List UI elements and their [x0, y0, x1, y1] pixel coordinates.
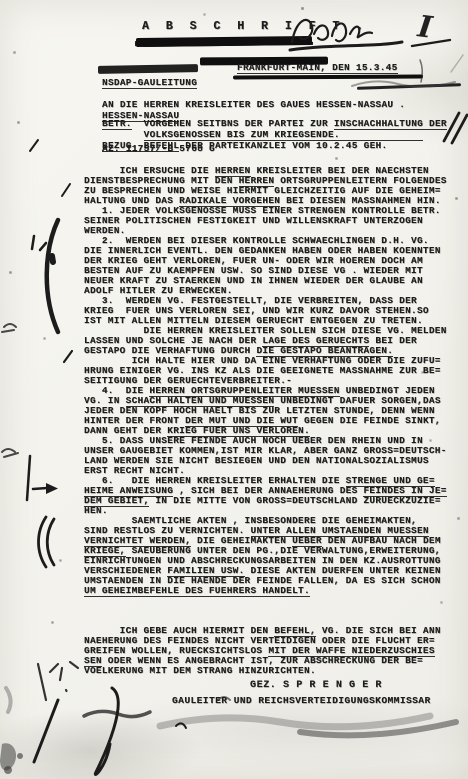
handwritten-underline-bar	[357, 83, 461, 90]
margin-tilde-2	[2, 449, 18, 457]
copy-label: A B S C H R I F T .	[142, 22, 368, 32]
slash-mark-paragraph	[62, 184, 70, 196]
corner-dot-1	[17, 753, 23, 759]
document-line: BEZUG BEFEHL DER PARTEIKANZLEI VOM 10.2.…	[102, 140, 447, 151]
margin-arrow-shaft	[33, 488, 47, 489]
slash-mark-bezug	[30, 140, 38, 151]
bottom-scribble-row	[84, 711, 150, 716]
recipient-line: AN DIE HERREN KREISLEITER DES GAUES HESS…	[102, 100, 405, 110]
margin-vertical-stroke	[27, 456, 30, 500]
margin-bracket-blob	[52, 256, 53, 262]
bottom-smudge-band	[160, 716, 430, 727]
signature-title-line: GAULEITER UND REICHSVERTEIDIGUNGSKOMMISS…	[172, 696, 431, 706]
bottom-note-digits	[38, 662, 78, 700]
subject-block: BETR. VORGEHEN SEITBNS DER PARTEI ZUR IN…	[102, 118, 447, 151]
bottom-loop-scribble	[95, 688, 118, 774]
margin-bracket-large	[47, 220, 58, 332]
handwritten-roman-numeral: I	[416, 9, 434, 45]
margin-parens-akten	[39, 517, 55, 567]
check-slashes-betr	[444, 113, 467, 143]
date-pen-flick	[420, 60, 422, 82]
margin-arrow-head	[46, 483, 58, 494]
document-line: BETR. VORGEHEN SEITBNS DER PARTEI ZUR IN…	[102, 118, 447, 129]
heavy-underline-bar-title	[136, 36, 312, 47]
document-line: DEM GEBIET, IN DIE MITTE VON GROSS=DEUTS…	[84, 496, 447, 506]
body-text-block: ICH ERSUCHE DIE HERREN KREISLEITER BEI D…	[84, 166, 447, 676]
document-line	[84, 596, 447, 606]
margin-tilde-1	[2, 324, 16, 332]
paper-noise-specks	[0, 0, 1, 1]
margin-tick-marks	[32, 236, 46, 250]
heavy-underline-bar-date	[233, 75, 423, 80]
slash-mark-ich-halte	[64, 351, 72, 362]
document-line: VOELKERUNG MIT DEM STRANG HINZURICHTEN.	[84, 666, 447, 676]
bottom-small-mark	[176, 723, 186, 728]
signature-signed-line: GEZ. S P R E N G E R	[250, 681, 382, 691]
bottom-smudge-dark	[300, 722, 456, 735]
bottom-diagonal-stroke	[34, 700, 58, 762]
corner-blob	[0, 743, 16, 770]
corner-dot-2	[4, 766, 12, 774]
document-line: UM GEHEIMBEFEHLE DES FUEHRERS HANDELT.	[84, 586, 447, 596]
document-line: VOLKSGENOSSEN BIS ZUM KRIEGSENDE.	[102, 129, 447, 140]
crease-top-right	[451, 55, 463, 72]
letterhead-org-line1: NSDAP-GAULEITUNG	[102, 77, 215, 88]
document-line: SEINER POLITISCHEN FESTIGKEIT UND WILLEN…	[84, 216, 447, 226]
left-edge-smudge	[6, 688, 11, 712]
scanned-document-page: A B S C H R I F T . I NSDAP-GAULEITUNG H…	[0, 0, 468, 779]
document-line	[84, 606, 447, 616]
place-date-line: FRANKFURT-MAIN, DEN 15.3.45	[237, 63, 398, 73]
